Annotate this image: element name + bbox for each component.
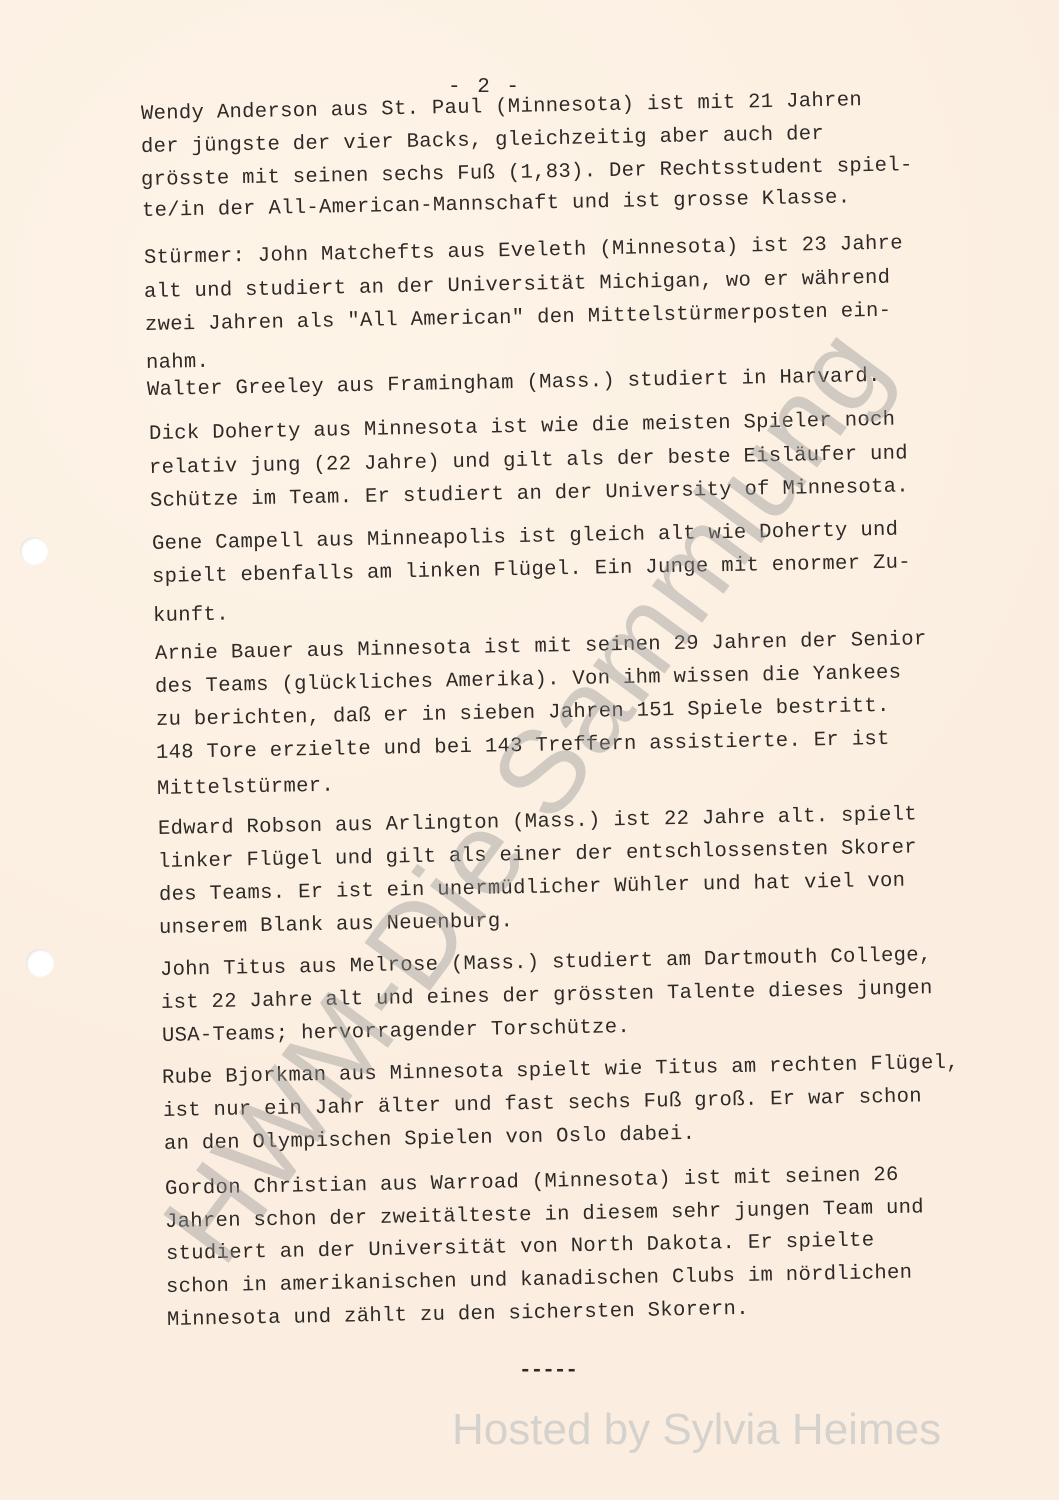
text-line: an den Olympischen Spielen von Oslo dabe…	[164, 1123, 696, 1156]
text-line: relativ jung (22 Jahre) und gilt als der…	[149, 442, 908, 480]
text-line: alt und studiert an der Universität Mich…	[144, 267, 891, 304]
text-line: Jahren schon der zweitälteste in diesem …	[165, 1196, 924, 1234]
text-line: schon in amerikanischen und kanadischen …	[166, 1262, 913, 1299]
text-line: Gene Campell aus Minneapolis ist gleich …	[152, 519, 899, 556]
text-line: Rube Bjorkman aus Minnesota spielt wie T…	[162, 1052, 959, 1090]
text-line: grösste mit seinen sechs Fuß (1,83). Der…	[141, 154, 913, 192]
text-line: Dick Doherty aus Minnesota ist wie die m…	[149, 409, 896, 446]
document-page: - 2 - Wendy Anderson aus St. Paul (Minne…	[0, 0, 1059, 1500]
punch-hole-bottom	[26, 949, 54, 977]
text-line: zwei Jahren als "All American" den Mitte…	[145, 300, 892, 337]
hosted-by-watermark: Hosted by Sylvia Heimes	[452, 1405, 941, 1455]
text-line: studiert an der Universität von North Da…	[166, 1229, 875, 1266]
text-line: linker Flügel und gilt als einer der ent…	[158, 836, 917, 874]
text-line: ist 22 Jahre alt und eines der grössten …	[161, 977, 933, 1015]
punch-hole-top	[20, 537, 48, 565]
text-line: der jüngste der vier Backs, gleichzeitig…	[141, 123, 825, 159]
text-line: unserem Blank aus Neuenburg.	[159, 910, 514, 940]
text-line: des Teams (glückliches Amerika). Von ihm…	[155, 662, 902, 699]
text-line: spielt ebenfalls am linken Flügel. Ein J…	[152, 551, 911, 589]
text-line: John Titus aus Melrose (Mass.) studiert …	[160, 944, 932, 982]
text-line: zu berichten, daß er in sieben Jahren 15…	[156, 695, 890, 732]
text-line: ist nur ein Jahr älter und fast sechs Fu…	[163, 1085, 922, 1123]
text-line: Walter Greeley aus Framingham (Mass.) st…	[147, 365, 881, 402]
text-line: USA-Teams; hervorragender Torschütze.	[162, 1016, 630, 1048]
text-line: kunft.	[153, 604, 229, 628]
text-line: Arnie Bauer aus Minnesota ist mit seinen…	[155, 628, 927, 666]
end-mark: -----	[519, 1360, 577, 1383]
text-line: Mittelstürmer.	[157, 775, 335, 801]
text-line: des Teams. Er ist ein unermüdlicher Wühl…	[159, 870, 906, 907]
text-line: te/in der All-American-Mannschaft und is…	[142, 186, 851, 223]
text-line: Gordon Christian aus Warroad (Minnesota)…	[165, 1164, 899, 1201]
text-line: nahm.	[146, 351, 210, 375]
text-line: Stürmer: John Matchefts aus Eveleth (Min…	[144, 232, 903, 270]
text-line: Schütze im Team. Er studiert an der Univ…	[150, 475, 909, 513]
text-line: 148 Tore erzielte und bei 143 Treffern a…	[156, 728, 890, 765]
text-line: Edward Robson aus Arlington (Mass.) ist …	[158, 803, 917, 841]
text-line: Minnesota und zählt zu den sichersten Sk…	[167, 1298, 749, 1332]
